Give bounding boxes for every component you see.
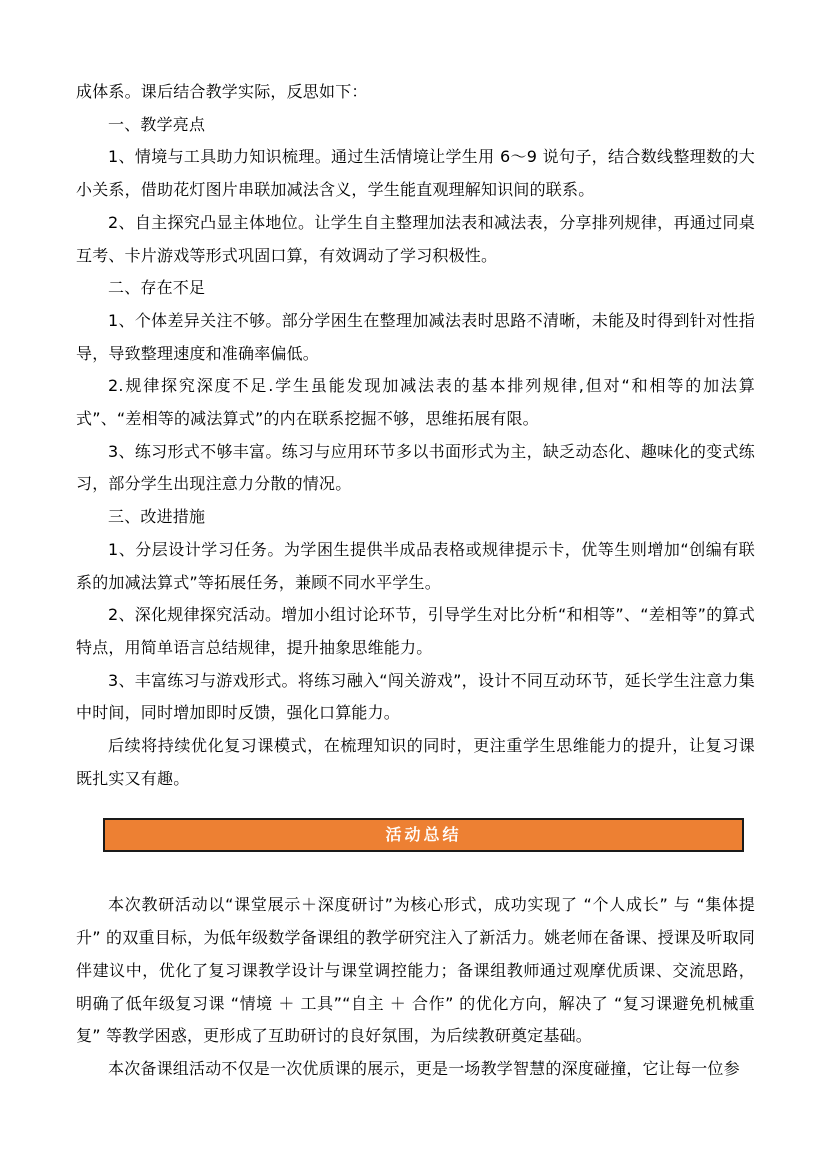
- summary-section: 本次教研活动以“课堂展示＋深度研讨”为核心形式，成功实现了 “个人成长” 与 “…: [76, 889, 755, 1085]
- paragraph: 3、练习形式不够丰富。练习与应用环节多以书面形式为主，缺乏动态化、趣味化的变式练…: [76, 436, 755, 501]
- paragraph: 三、改进措施: [76, 501, 755, 534]
- paragraph: 本次备课组活动不仅是一次优质课的展示，更是一场教学智慧的深度碰撞，它让每一位参: [76, 1053, 755, 1086]
- paragraph: 后续将持续优化复习课模式，在梳理知识的同时，更注重学生思维能力的提升，让复习课既…: [76, 730, 755, 795]
- paragraph: 2.规律探究深度不足.学生虽能发现加减法表的基本排列规律,但对“和相等的加法算式…: [76, 370, 755, 435]
- paragraph: 二、存在不足: [76, 272, 755, 305]
- reflection-section: 成体系。课后结合教学实际，反思如下：一、教学亮点1、情境与工具助力知识梳理。通过…: [76, 76, 755, 795]
- paragraph: 本次教研活动以“课堂展示＋深度研讨”为核心形式，成功实现了 “个人成长” 与 “…: [76, 889, 755, 1053]
- document-page: 成体系。课后结合教学实际，反思如下：一、教学亮点1、情境与工具助力知识梳理。通过…: [0, 0, 827, 1170]
- paragraph: 1、个体差异关注不够。部分学困生在整理加减法表时思路不清晰，未能及时得到针对性指…: [76, 305, 755, 370]
- paragraph: 2、深化规律探究活动。增加小组讨论环节，引导学生对比分析“和相等”、“差相等”的…: [76, 599, 755, 664]
- paragraph: 3、丰富练习与游戏形式。将练习融入“闯关游戏”，设计不同互动环节，延长学生注意力…: [76, 665, 755, 730]
- paragraph: 1、情境与工具助力知识梳理。通过生活情境让学生用 6～9 说句子，结合数线整理数…: [76, 141, 755, 206]
- activity-summary-banner: 活动总结: [103, 818, 744, 852]
- paragraph: 一、教学亮点: [76, 109, 755, 142]
- paragraph: 1、分层设计学习任务。为学困生提供半成品表格或规律提示卡，优等生则增加“创编有联…: [76, 534, 755, 599]
- banner-title: 活动总结: [385, 827, 461, 843]
- paragraph: 2、自主探究凸显主体地位。让学生自主整理加法表和减法表，分享排列规律，再通过同桌…: [76, 207, 755, 272]
- paragraph: 成体系。课后结合教学实际，反思如下：: [76, 76, 755, 109]
